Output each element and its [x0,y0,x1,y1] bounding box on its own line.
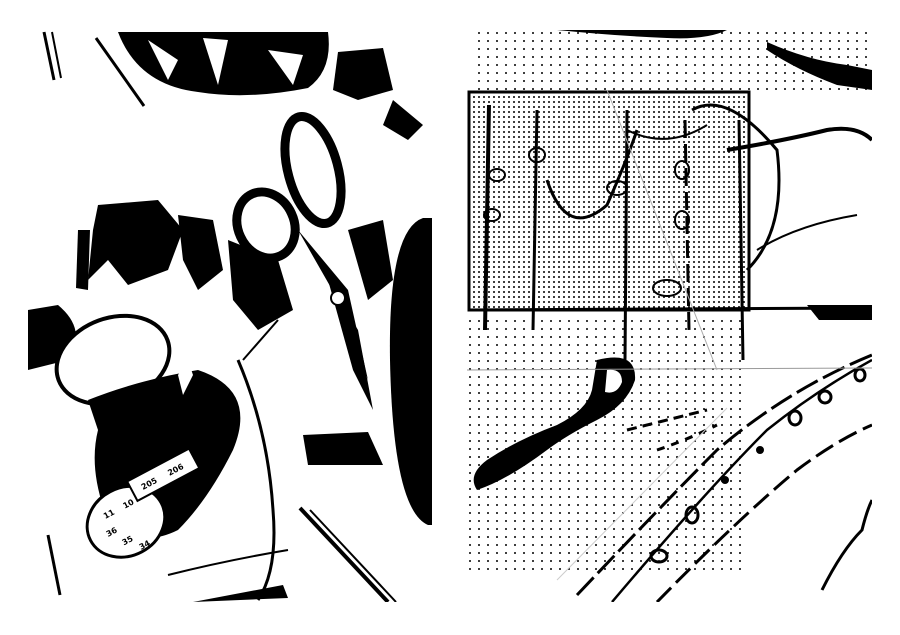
stitched-fabric-illustration [467,30,872,602]
right-panel-stitched-fabric [467,30,872,602]
sewing-tools-illustration: 205 206 11 10 36 35 34 [28,30,432,602]
left-panel-sewing-tools: 205 206 11 10 36 35 34 [28,30,432,602]
